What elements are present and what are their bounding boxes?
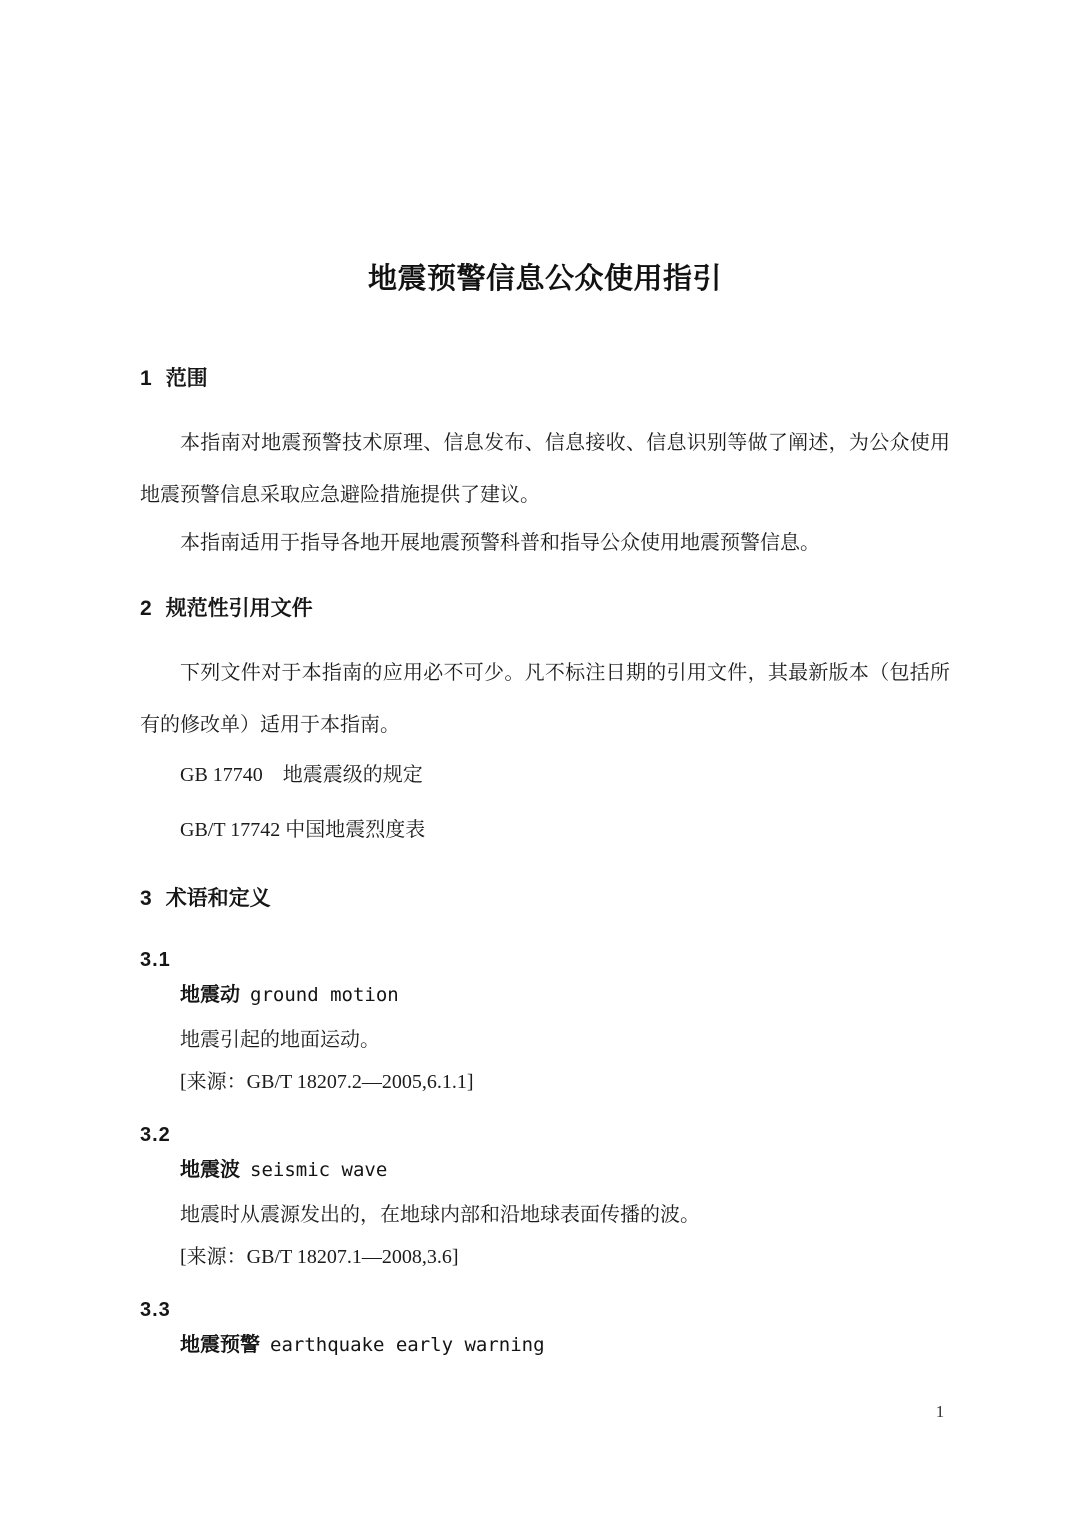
section-2-paragraph: 下列文件对于本指南的应用必不可少。凡不标注日期的引用文件，其最新版本（包括所有的… [140, 647, 950, 751]
section-3-label: 术语和定义 [166, 887, 271, 910]
term-3-1-title: 地震动ground motion [140, 984, 950, 1007]
section-2-number: 2 [140, 597, 152, 620]
page-number: 1 [928, 1402, 952, 1422]
term-3-2-chinese: 地震波 [180, 1159, 240, 1181]
term-3-1-chinese: 地震动 [180, 984, 240, 1006]
term-3-2-source: [来源：GB/T 18207.1—2008,3.6] [140, 1246, 950, 1269]
term-3-3-number: 3.3 [140, 1300, 950, 1320]
section-2-heading: 2规范性引用文件 [140, 598, 950, 619]
document-page: 地震预警信息公众使用指引 1范围 本指南对地震预警技术原理、信息发布、信息接收、… [0, 0, 1080, 1527]
term-3-1-source: [来源：GB/T 18207.2—2005,6.1.1] [140, 1071, 950, 1094]
section-1-paragraph-1: 本指南对地震预警技术原理、信息发布、信息接收、信息识别等做了阐述，为公众使用地震… [140, 417, 950, 521]
term-3-1-number: 3.1 [140, 950, 950, 970]
section-3-heading: 3术语和定义 [140, 888, 950, 909]
term-3-2-english: seismic wave [250, 1159, 387, 1181]
document-title: 地震预警信息公众使用指引 [140, 262, 950, 297]
section-1-label: 范围 [166, 367, 208, 390]
section-1-number: 1 [140, 367, 152, 390]
normative-reference-gb17740: GB 17740 地震震级的规定 [140, 764, 950, 787]
section-1-heading: 1范围 [140, 368, 950, 389]
term-3-2-number: 3.2 [140, 1125, 950, 1145]
term-3-3-chinese: 地震预警 [180, 1334, 260, 1356]
term-3-2-title: 地震波seismic wave [140, 1159, 950, 1182]
page-content: 地震预警信息公众使用指引 1范围 本指南对地震预警技术原理、信息发布、信息接收、… [140, 0, 950, 1527]
section-3-number: 3 [140, 887, 152, 910]
term-3-1-definition: 地震引起的地面运动。 [140, 1029, 950, 1052]
section-1-paragraph-2: 本指南适用于指导各地开展地震预警科普和指导公众使用地震预警信息。 [140, 517, 950, 569]
normative-reference-gbt17742: GB/T 17742 中国地震烈度表 [140, 819, 950, 842]
section-2-label: 规范性引用文件 [166, 597, 313, 620]
term-3-2-definition: 地震时从震源发出的，在地球内部和沿地球表面传播的波。 [140, 1204, 950, 1227]
term-3-1-english: ground motion [250, 984, 399, 1006]
term-3-3-title: 地震预警earthquake early warning [140, 1334, 950, 1357]
term-3-3-english: earthquake early warning [270, 1334, 545, 1356]
